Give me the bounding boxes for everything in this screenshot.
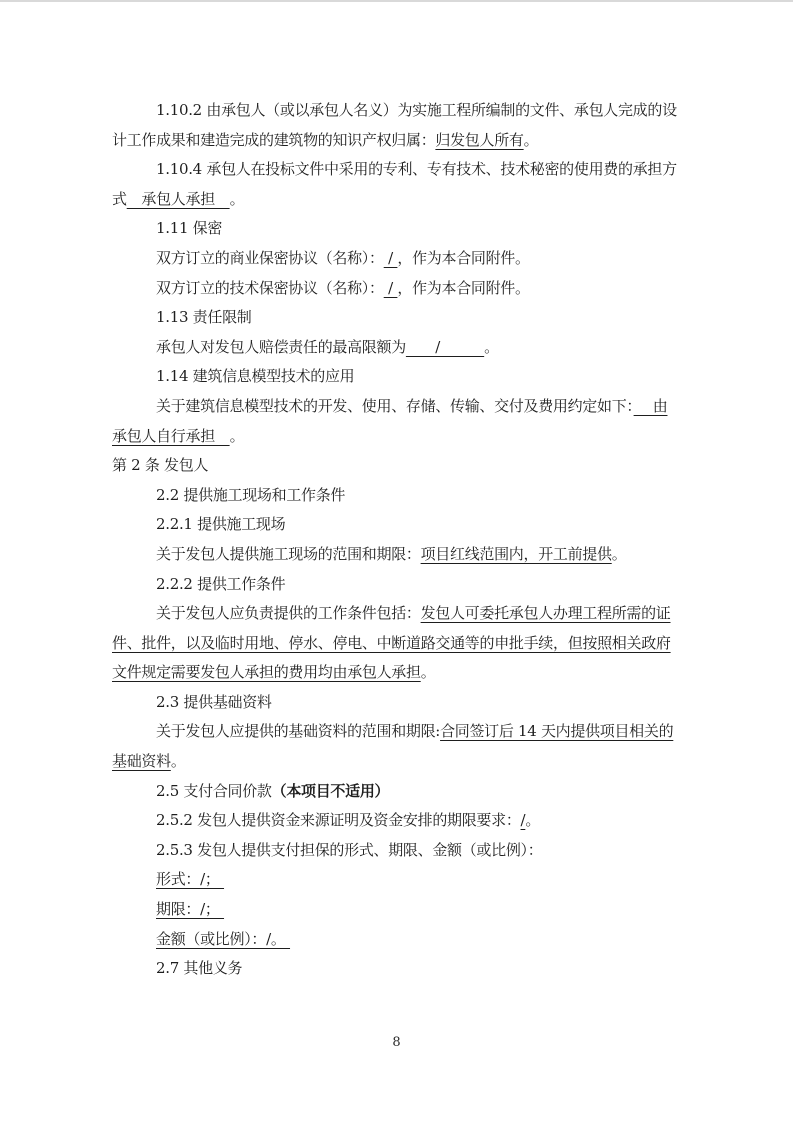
text-segment: 第 2 条 发包人 <box>112 456 208 474</box>
clause-1-11-heading: 1.11 保密 <box>112 214 684 244</box>
article-2-heading: 第 2 条 发包人 <box>112 451 684 481</box>
clause-2-2-1-body: 关于发包人提供施工现场的范围和期限：项目红线范围内，开工前提供。 <box>112 540 684 570</box>
document-page: 1.10.2 由承包人（或以承包人名义）为实施工程所编制的文件、承包人完成的设计… <box>0 0 793 1122</box>
text-segment: 。 <box>484 338 499 356</box>
clause-1-10-2-line1: 1.10.2 由承包人（或以承包人名义）为实施工程所编制的文件、承包人完成的设 <box>112 96 684 126</box>
page-number: 8 <box>0 1035 793 1050</box>
clause-1-11-technical-agreement: 双方订立的技术保密协议（名称）： / ，作为本合同附件。 <box>112 274 684 304</box>
filled-blank: 合同签订后 14 天内提供项目相关的 <box>440 722 673 740</box>
text-segment: 式 <box>112 190 127 208</box>
text-segment: 2.2.1 提供施工现场 <box>156 515 285 533</box>
clause-2-5-3-form: 形式：/； <box>112 865 684 895</box>
text-segment: 1.11 保密 <box>156 219 222 237</box>
clause-2-3-heading: 2.3 提供基础资料 <box>112 688 684 718</box>
text-segment: ，作为本合同附件。 <box>397 279 529 297</box>
filled-blank: 由 <box>634 397 668 415</box>
text-segment: 2.2 提供施工现场和工作条件 <box>156 486 345 504</box>
filled-blank: 形式：/； <box>156 870 224 888</box>
text-segment: 1.10.2 由承包人（或以承包人名义）为实施工程所编制的文件、承包人完成的设 <box>156 101 677 119</box>
clause-2-5-3-heading: 2.5.3 发包人提供支付担保的形式、期限、金额（或比例）： <box>112 836 684 866</box>
text-segment: 1.14 建筑信息模型技术的应用 <box>156 367 354 385</box>
clause-1-13-body: 承包人对发包人赔偿责任的最高限额为 / 。 <box>112 333 684 363</box>
text-segment: 。 <box>524 131 539 149</box>
filled-blank: / <box>384 279 398 297</box>
text-segment: 1.13 责任限制 <box>156 308 251 326</box>
clause-1-10-2-line2: 计工作成果和建造完成的建筑物的知识产权归属：归发包人所有。 <box>112 126 684 156</box>
text-segment: （本项目不适用） <box>272 782 390 800</box>
clause-1-14-line2: 承包人自行承担 。 <box>112 422 684 452</box>
clause-2-2-heading: 2.2 提供施工现场和工作条件 <box>112 481 684 511</box>
text-segment: 。 <box>421 663 436 681</box>
text-segment: 。 <box>525 811 540 829</box>
filled-blank: 项目红线范围内，开工前提供 <box>421 545 612 563</box>
text-segment: 。 <box>230 427 245 445</box>
text-segment: 2.5.2 发包人提供资金来源证明及资金安排的期限要求： <box>156 811 521 829</box>
clause-2-5-3-term: 期限：/； <box>112 895 684 925</box>
text-segment: 关于发包人应提供的基础资料的范围和期限: <box>156 722 440 740</box>
text-segment: 1.10.4 承包人在投标文件中采用的专利、专有技术、技术秘密的使用费的承担方 <box>156 160 677 178</box>
text-segment: 关于建筑信息模型技术的开发、使用、存储、传输、交付及费用约定如下： <box>156 397 634 415</box>
clause-1-10-4-line2: 式 承包人承担 。 <box>112 185 684 215</box>
clause-1-13-heading: 1.13 责任限制 <box>112 303 684 333</box>
text-segment: ，作为本合同附件。 <box>397 249 529 267</box>
filled-blank: 发包人可委托承包人办理工程所需的证 <box>421 604 671 622</box>
text-segment: 关于发包人提供施工现场的范围和期限： <box>156 545 421 563</box>
clause-1-14-line1: 关于建筑信息模型技术的开发、使用、存储、传输、交付及费用约定如下： 由 <box>112 392 684 422</box>
text-segment: 关于发包人应负责提供的工作条件包括： <box>156 604 421 622</box>
text-segment: 2.7 其他义务 <box>156 959 242 977</box>
text-segment: 。 <box>612 545 627 563</box>
clause-2-5-3-amount: 金额（或比例）：/。 <box>112 925 684 955</box>
filled-blank: / <box>406 338 484 356</box>
filled-blank: 归发包人所有 <box>435 131 523 149</box>
clause-2-5-heading: 2.5 支付合同价款（本项目不适用） <box>112 777 684 807</box>
clause-2-3-line1: 关于发包人应提供的基础资料的范围和期限:合同签订后 14 天内提供项目相关的 <box>112 717 684 747</box>
filled-blank: / <box>384 249 398 267</box>
filled-blank: 件、批件，以及临时用地、停水、停电、中断道路交通等的申批手续，但按照相关政府 <box>112 634 671 652</box>
text-segment: 2.2.2 提供工作条件 <box>156 575 285 593</box>
clause-2-5-2-body: 2.5.2 发包人提供资金来源证明及资金安排的期限要求：/。 <box>112 806 684 836</box>
text-segment: 双方订立的技术保密协议（名称）： <box>156 279 384 297</box>
clause-2-2-1-heading: 2.2.1 提供施工现场 <box>112 510 684 540</box>
filled-blank: 金额（或比例）：/。 <box>156 930 290 948</box>
clause-1-10-4-line1: 1.10.4 承包人在投标文件中采用的专利、专有技术、技术秘密的使用费的承担方 <box>112 155 684 185</box>
filled-blank: 基础资料 <box>112 752 171 770</box>
clause-2-7-heading: 2.7 其他义务 <box>112 954 684 984</box>
clause-2-3-line2: 基础资料。 <box>112 747 684 777</box>
document-body: 1.10.2 由承包人（或以承包人名义）为实施工程所编制的文件、承包人完成的设计… <box>112 96 684 984</box>
filled-blank: 承包人承担 <box>127 190 230 208</box>
text-segment: 2.5.3 发包人提供支付担保的形式、期限、金额（或比例）： <box>156 841 542 859</box>
text-segment: 。 <box>171 752 186 770</box>
text-segment: 计工作成果和建造完成的建筑物的知识产权归属： <box>112 131 435 149</box>
text-segment: 。 <box>230 190 245 208</box>
filled-blank: 期限：/； <box>156 900 224 918</box>
clause-2-2-2-heading: 2.2.2 提供工作条件 <box>112 570 684 600</box>
page-top-edge <box>0 0 793 2</box>
text-segment: 2.3 提供基础资料 <box>156 693 272 711</box>
text-segment: 2.5 支付合同价款 <box>156 782 272 800</box>
filled-blank: 文件规定需要发包人承担的费用均由承包人承担 <box>112 663 421 681</box>
clause-2-2-2-line1: 关于发包人应负责提供的工作条件包括：发包人可委托承包人办理工程所需的证 <box>112 599 684 629</box>
filled-blank: 承包人自行承担 <box>112 427 230 445</box>
clause-1-11-business-agreement: 双方订立的商业保密协议（名称）： / ，作为本合同附件。 <box>112 244 684 274</box>
text-segment: 承包人对发包人赔偿责任的最高限额为 <box>156 338 406 356</box>
text-segment: 双方订立的商业保密协议（名称）： <box>156 249 384 267</box>
clause-2-2-2-line2: 件、批件，以及临时用地、停水、停电、中断道路交通等的申批手续，但按照相关政府 <box>112 629 684 659</box>
clause-2-2-2-line3: 文件规定需要发包人承担的费用均由承包人承担。 <box>112 658 684 688</box>
clause-1-14-heading: 1.14 建筑信息模型技术的应用 <box>112 362 684 392</box>
